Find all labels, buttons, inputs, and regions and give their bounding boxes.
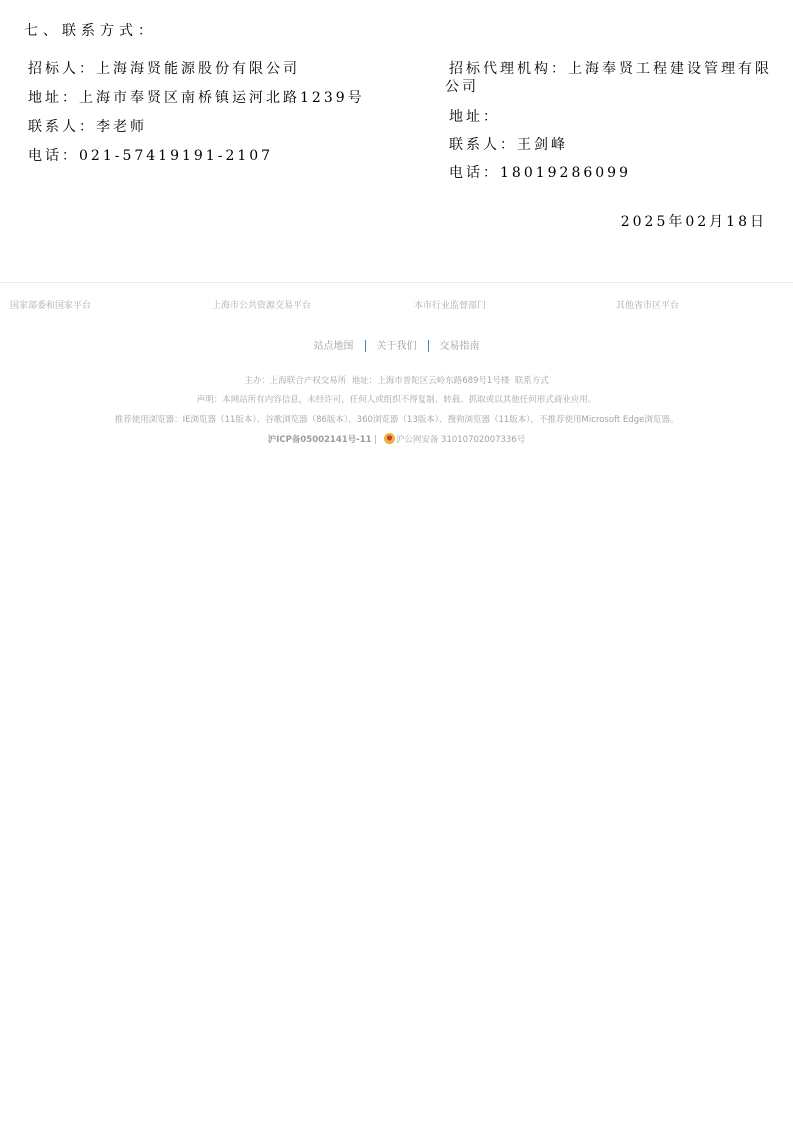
agency-contact-row: 联系人：王剑峰 (445, 136, 785, 164)
tenderer-phone-label: 电话： (28, 148, 79, 164)
tenderer-contact-row: 联系人：李老师 (28, 118, 428, 147)
footer-statement: 声明：本网站所有内容信息，未经许可，任何人或组织不得复制、转载、抓取或以其他任何… (0, 393, 793, 407)
footer-address: 上海市普陀区云岭东路689号1号楼 (377, 376, 509, 386)
platform-link-other-provinces[interactable]: 其他省市区平台 (616, 298, 679, 314)
nav-link-trading-guide[interactable]: 交易指南 (436, 339, 484, 355)
nav-separator (365, 340, 366, 352)
tenderer-name: 上海海贤能源股份有限公司 (96, 61, 300, 77)
platform-link-industry-supervision[interactable]: 本市行业监督部门 (414, 298, 486, 314)
record-separator: | (374, 435, 377, 445)
agency-phone: 18019286099 (500, 165, 631, 181)
tenderer-phone: 021-57419191-2107 (79, 148, 273, 164)
footer-nav: 站点地图关于我们交易指南 (0, 339, 793, 355)
agency-contact-label: 联系人： (449, 137, 517, 153)
platform-links: 国家部委和国家平台 上海市公共资源交易平台 本市行业监督部门 其他省市区平台 (0, 298, 793, 314)
footer-records: 沪ICP备05002141号-11 | 沪公网安备 31010702007336… (0, 433, 793, 447)
agency-phone-row: 电话：18019286099 (445, 164, 785, 192)
nav-separator (428, 340, 429, 352)
section-title: 七、联系方式： (24, 21, 157, 41)
tenderer-address-label: 地址： (28, 90, 79, 106)
agency-name-label: 招标代理机构： (449, 61, 568, 77)
tenderer-contact: 招标人：上海海贤能源股份有限公司 地址：上海市奉贤区南桥镇运河北路1239号 联… (28, 60, 428, 176)
agency-address-row: 地址： (445, 108, 785, 136)
browser-recommendation: 推荐使用浏览器：IE浏览器（11版本）、谷歌浏览器（86版本）、360浏览器（1… (0, 413, 793, 427)
tenderer-address: 上海市奉贤区南桥镇运河北路1239号 (79, 90, 365, 106)
footer-host-info: 主办：上海联合产权交易所 地址：上海市普陀区云岭东路689号1号楼 联系方式 (0, 374, 793, 388)
footer-address-label: 地址： (352, 376, 378, 386)
footer-divider (0, 282, 793, 283)
platform-link-shanghai-public-resource[interactable]: 上海市公共资源交易平台 (212, 298, 311, 314)
tenderer-contact-person: 李老师 (96, 119, 147, 135)
nav-link-sitemap[interactable]: 站点地图 (310, 339, 358, 355)
tenderer-name-row: 招标人：上海海贤能源股份有限公司 (28, 60, 428, 89)
police-badge-icon (384, 433, 395, 444)
announcement-date: 2025年02月18日 (621, 211, 767, 231)
host-label: 主办： (244, 376, 270, 386)
platform-link-national[interactable]: 国家部委和国家平台 (10, 298, 91, 314)
agency-phone-label: 电话： (449, 165, 500, 181)
agency-contact-person: 王剑峰 (517, 137, 568, 153)
agency-name-row: 招标代理机构：上海奉贤工程建设管理有限公司 (445, 60, 785, 108)
host-name: 上海联合产权交易所 (270, 376, 347, 386)
tenderer-phone-row: 电话：021-57419191-2107 (28, 147, 428, 176)
agency-address-label: 地址： (449, 109, 500, 125)
tenderer-name-label: 招标人： (28, 61, 96, 77)
icp-record[interactable]: 沪ICP备05002141号-11 (268, 435, 372, 445)
nav-link-about-us[interactable]: 关于我们 (373, 339, 421, 355)
contact-link[interactable]: 联系方式 (515, 376, 549, 386)
tenderer-contact-label: 联系人： (28, 119, 96, 135)
police-record[interactable]: 沪公网安备 31010702007336号 (396, 435, 525, 445)
tenderer-address-row: 地址：上海市奉贤区南桥镇运河北路1239号 (28, 89, 428, 118)
agency-contact: 招标代理机构：上海奉贤工程建设管理有限公司 地址： 联系人：王剑峰 电话：180… (445, 60, 785, 192)
